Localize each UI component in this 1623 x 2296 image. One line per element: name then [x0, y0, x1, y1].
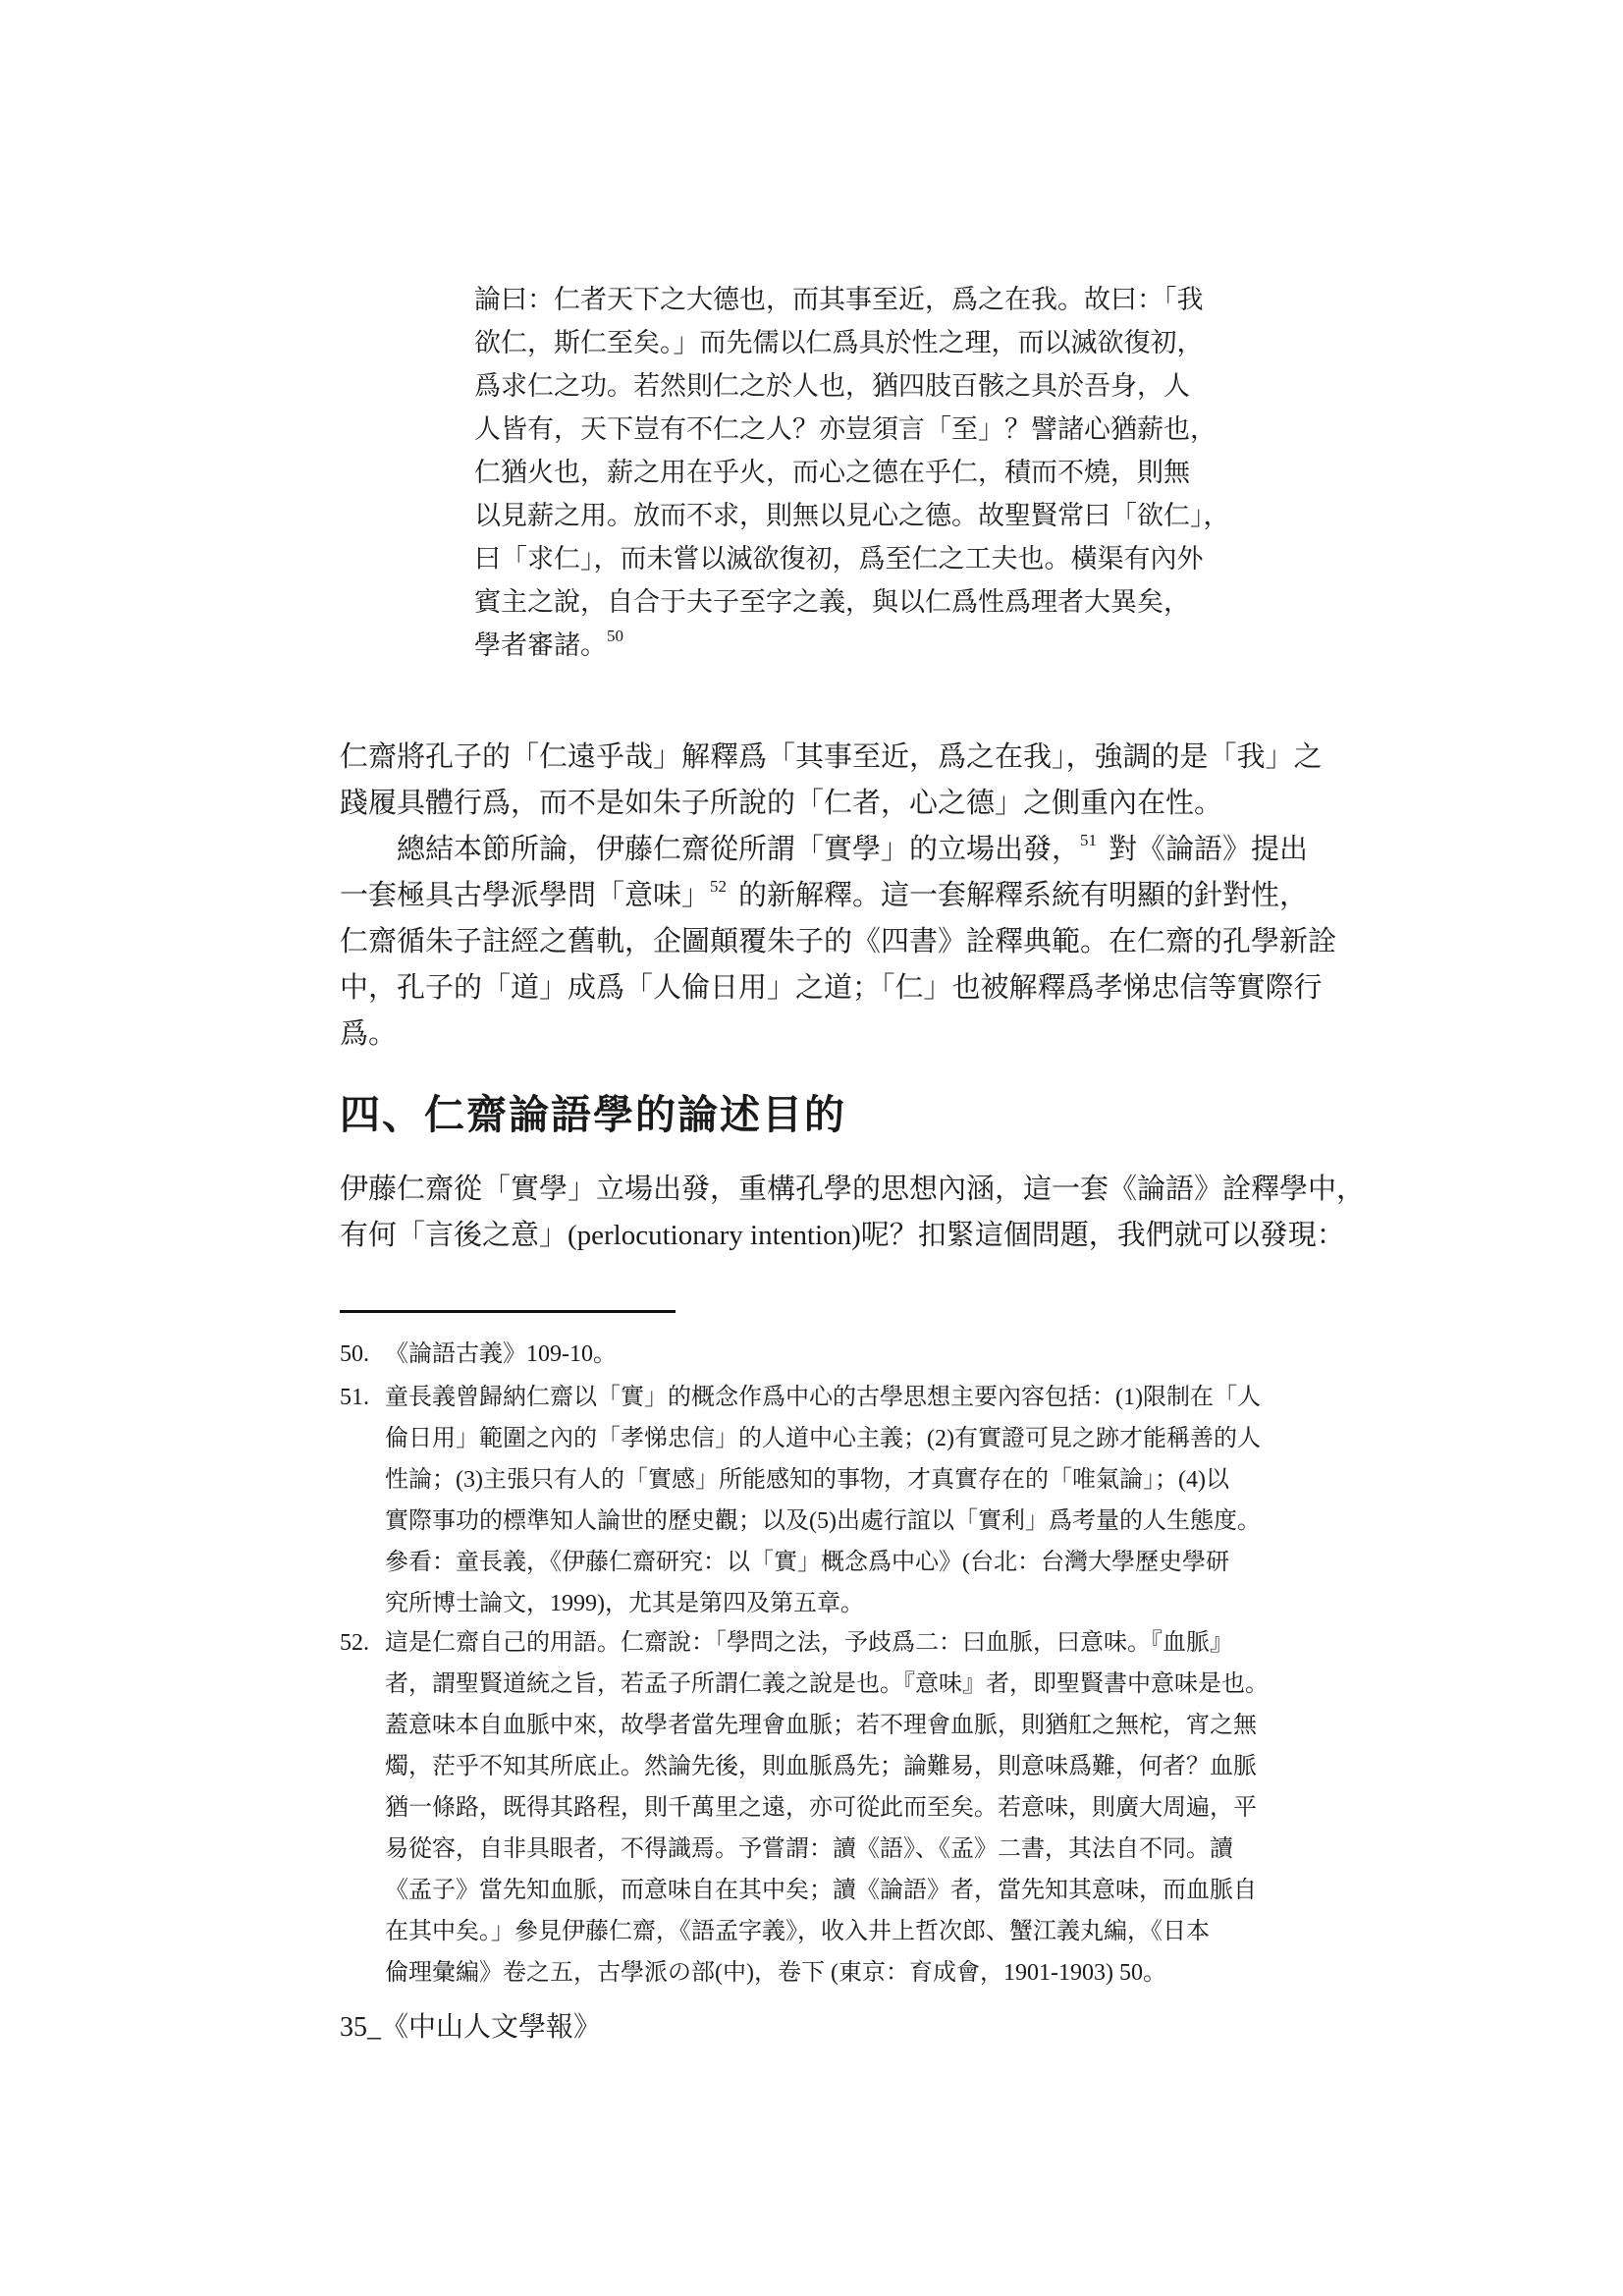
body-text: 總結本節所論，伊藤仁齋從所謂「實學」的立場出發， [397, 834, 1080, 865]
quote-line: 曰「求仁」，而未嘗以滅欲復初，爲至仁之工夫也。橫渠有內外 [474, 537, 1220, 580]
footnote-line: 實際事功的標準知人論世的歷史觀；以及(5)出處行誼以「實利」爲考量的人生態度。 [385, 1501, 1290, 1542]
page-footer: 35_《中山人文學報》 [340, 2005, 601, 2045]
quote-line: 仁猶火也，薪之用在乎火，而心之德在乎仁，積而不燒，則無 [474, 451, 1220, 494]
footnote-number: 51. [340, 1377, 369, 1418]
quote-line: 以見薪之用。放而不求，則無以見心之德。故聖賢常曰「欲仁」， [474, 494, 1220, 537]
footnote-separator [340, 1310, 676, 1313]
footnote-line: 易從容，自非具眼者，不得識焉。予嘗謂：讀《語》、《孟》二書，其法自不同。讀 [385, 1829, 1290, 1870]
paragraph-1: 仁齋將孔子的「仁遠乎哉」解釋爲「其事至近，爲之在我」，強調的是「我」之 踐履具體… [340, 735, 1290, 827]
body-line: 有何「言後之意」(perlocutionary intention)呢？扣緊這個… [340, 1213, 1290, 1259]
footnote-number: 50. [340, 1334, 369, 1375]
footnote-50: 50. 《論語古義》109-10。 [340, 1334, 1290, 1375]
footnote-ref-51: 51 [1080, 831, 1097, 849]
body-line: 總結本節所論，伊藤仁齋從所謂「實學」的立場出發，51對《論語》提出 [340, 827, 1290, 873]
body-line: 仁齋循朱子註經之舊軌，企圖顛覆朱子的《四書》詮釋典範。在仁齋的孔學新詮 [340, 919, 1290, 965]
footnote-line: 究所博士論文，1999)，尤其是第四及第五章。 [385, 1583, 1290, 1624]
footnote-51: 51. 童長義曾歸納仁齋以「實」的概念作爲中心的古學思想主要內容包括：(1)限制… [340, 1377, 1290, 1624]
footnote-line: 猶一條路，既得其路程，則千萬里之遠，亦可從此而至矣。若意味，則廣大周遍，平 [385, 1787, 1290, 1829]
body-line: 中，孔子的「道」成爲「人倫日用」之道；「仁」也被解釋爲孝悌忠信等實際行 [340, 965, 1290, 1011]
footnote-line: 倫理彙編》卷之五，古學派の部(中)，卷下 (東京：育成會，1901-1903) … [385, 1952, 1290, 1994]
body-line: 仁齋將孔子的「仁遠乎哉」解釋爲「其事至近，爲之在我」，強調的是「我」之 [340, 735, 1290, 781]
footnote-line: 這是仁齋自己的用語。仁齋說：「學問之法，予歧爲二：曰血脈，曰意味。『血脈』 [385, 1622, 1290, 1664]
paragraph-2: 總結本節所論，伊藤仁齋從所謂「實學」的立場出發，51對《論語》提出 一套極具古學… [340, 827, 1290, 1058]
quote-line: 爲求仁之功。若然則仁之於人也，猶四肢百骸之具於吾身，人 [474, 364, 1220, 408]
quote-line: 人皆有，天下豈有不仁之人？亦豈須言「至」？譬諸心猶薪也， [474, 408, 1220, 451]
quote-line: 賓主之說，自合于夫子至字之義，與以仁爲性爲理者大異矣， [474, 580, 1220, 624]
footnote-number: 52. [340, 1622, 369, 1664]
body-text: 一套極具古學派學問「意味」 [340, 880, 710, 911]
footnote-line: 性論；(3)主張只有人的「實感」所能感知的事物，才真實存在的「唯氣論」；(4)以 [385, 1459, 1290, 1501]
quote-text: 學者審諸。 [474, 630, 607, 660]
body-text: 對《論語》提出 [1109, 834, 1308, 865]
footnote-line: 《孟子》當先知血脈，而意味自在其中矣；讀《論語》者，當先知其意味，而血脈自 [385, 1870, 1290, 1911]
body-line: 踐履具體行爲，而不是如朱子所說的「仁者，心之德」之側重內在性。 [340, 781, 1290, 827]
footnote-line: 《論語古義》109-10。 [385, 1334, 1290, 1375]
footnote-52: 52. 這是仁齋自己的用語。仁齋說：「學問之法，予歧爲二：曰血脈，曰意味。『血脈… [340, 1622, 1290, 1994]
footnote-line: 童長義曾歸納仁齋以「實」的概念作爲中心的古學思想主要內容包括：(1)限制在「人 [385, 1377, 1290, 1418]
footnote-ref-52: 52 [710, 877, 727, 896]
footnote-ref-50: 50 [607, 627, 623, 645]
document-page: 論曰：仁者天下之大德也，而其事至近，爲之在我。故曰：「我 欲仁，斯仁至矣。」而先… [0, 0, 1623, 2296]
paragraph-3: 伊藤仁齋從「實學」立場出發，重構孔學的思想內涵，這一套《論語》詮釋學中， 有何「… [340, 1167, 1290, 1259]
section-heading: 四、仁齋論語學的論述目的 [340, 1082, 846, 1140]
footnote-line: 蓋意味本自血脈中來，故學者當先理會血脈；若不理會血脈，則猶舡之無柁，宵之無 [385, 1705, 1290, 1746]
footnote-line: 參看：童長義，《伊藤仁齋研究：以「實」概念爲中心》(台北：台灣大學歷史學研 [385, 1542, 1290, 1583]
body-text: 的新解釋。這一套解釋系統有明顯的針對性， [738, 880, 1308, 911]
body-line: 一套極具古學派學問「意味」52的新解釋。這一套解釋系統有明顯的針對性， [340, 873, 1290, 919]
footnote-line: 倫日用」範圍之內的「孝悌忠信」的人道中心主義；(2)有實證可見之跡才能稱善的人 [385, 1418, 1290, 1459]
quote-last-line: 學者審諸。50 [474, 624, 1220, 667]
block-quote: 論曰：仁者天下之大德也，而其事至近，爲之在我。故曰：「我 欲仁，斯仁至矣。」而先… [474, 278, 1220, 667]
footnote-line: 者，謂聖賢道統之旨，若孟子所謂仁義之說是也。『意味』者，即聖賢書中意味是也。 [385, 1664, 1290, 1705]
footnote-line: 在其中矣。」參見伊藤仁齋，《語孟字義》，收入井上哲次郎、蟹江義丸編，《日本 [385, 1911, 1290, 1952]
body-line: 伊藤仁齋從「實學」立場出發，重構孔學的思想內涵，這一套《論語》詮釋學中， [340, 1167, 1290, 1213]
footnote-line: 燭，茫乎不知其所底止。然論先後，則血脈爲先；論難易，則意味爲難，何者？血脈 [385, 1746, 1290, 1787]
quote-line: 欲仁，斯仁至矣。」而先儒以仁爲具於性之理，而以滅欲復初， [474, 321, 1220, 364]
body-line: 爲。 [340, 1011, 1290, 1058]
quote-line: 論曰：仁者天下之大德也，而其事至近，爲之在我。故曰：「我 [474, 278, 1220, 321]
